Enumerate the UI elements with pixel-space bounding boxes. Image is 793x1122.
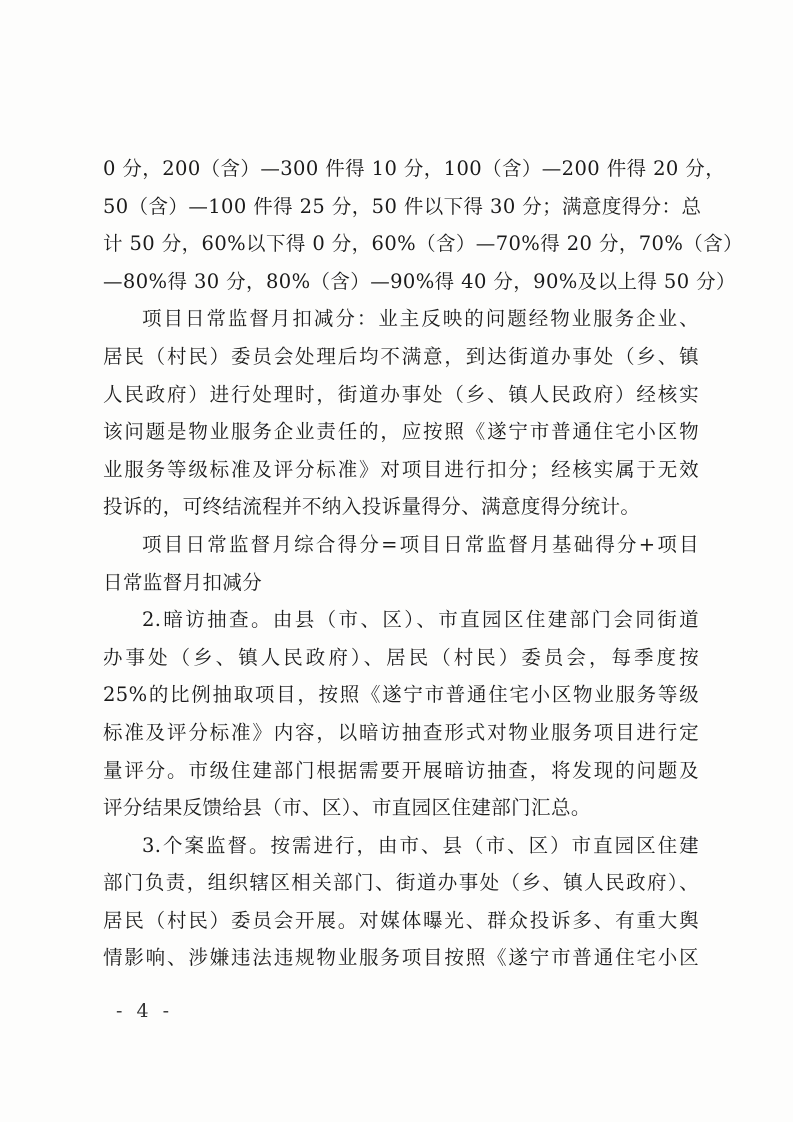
text-line: 部门负责，组织辖区相关部门、街道办事处（乡、镇人民政府）、 bbox=[103, 864, 699, 902]
text-line: 0 分，200（含）—300 件得 10 分，100（含）—200 件得 20 … bbox=[103, 150, 699, 188]
paragraph-end-line: 评分结果反馈给县（市、区）、市直园区住建部门汇总。 bbox=[103, 789, 699, 827]
text-line: 25%的比例抽取项目，按照《遂宁市普通住宅小区物业服务等级 bbox=[103, 676, 699, 714]
text-line: 量评分。市级住建部门根据需要开展暗访抽查，将发现的问题及 bbox=[103, 752, 699, 790]
page-number: - 4 - bbox=[116, 1000, 173, 1022]
text-line: 办事处（乡、镇人民政府）、居民（村民）委员会，每季度按 bbox=[103, 639, 699, 677]
paragraph-end-line: 投诉的，可终结流程并不纳入投诉量得分、满意度得分统计。 bbox=[103, 488, 699, 526]
text-line: —80%得 30 分，80%（含）—90%得 40 分，90%及以上得 50 分… bbox=[103, 263, 699, 301]
section-heading-line: 2.暗访抽查。由县（市、区）、市直园区住建部门会同街道 bbox=[103, 601, 699, 639]
text-line: 业服务等级标准及评分标准》对项目进行扣分；经核实属于无效 bbox=[103, 451, 699, 489]
text-line: 标准及评分标准》内容，以暗访抽查形式对物业服务项目进行定 bbox=[103, 714, 699, 752]
document-page: 0 分，200（含）—300 件得 10 分，100（含）—200 件得 20 … bbox=[0, 0, 793, 1122]
paragraph-end-line: 日常监督月扣减分 bbox=[103, 564, 699, 602]
text-line: 情影响、涉嫌违法违规物业服务项目按照《遂宁市普通住宅小区 bbox=[103, 939, 699, 977]
body-text: 0 分，200（含）—300 件得 10 分，100（含）—200 件得 20 … bbox=[103, 150, 699, 977]
paragraph-start-line: 项目日常监督月扣减分：业主反映的问题经物业服务企业、 bbox=[103, 300, 699, 338]
text-line: 人民政府）进行处理时，街道办事处（乡、镇人民政府）经核实 bbox=[103, 376, 699, 414]
section-heading-line: 3.个案监督。按需进行，由市、县（市、区）市直园区住建 bbox=[103, 827, 699, 865]
text-line: 计 50 分，60%以下得 0 分，60%（含）—70%得 20 分，70%（含… bbox=[103, 225, 699, 263]
text-line: 居民（村民）委员会开展。对媒体曝光、群众投诉多、有重大舆 bbox=[103, 902, 699, 940]
text-line: 50（含）—100 件得 25 分，50 件以下得 30 分；满意度得分：总 bbox=[103, 188, 699, 226]
text-line: 该问题是物业服务企业责任的，应按照《遂宁市普通住宅小区物 bbox=[103, 413, 699, 451]
paragraph-start-line: 项目日常监督月综合得分=项目日常监督月基础得分+项目 bbox=[103, 526, 699, 564]
text-line: 居民（村民）委员会处理后均不满意，到达街道办事处（乡、镇 bbox=[103, 338, 699, 376]
